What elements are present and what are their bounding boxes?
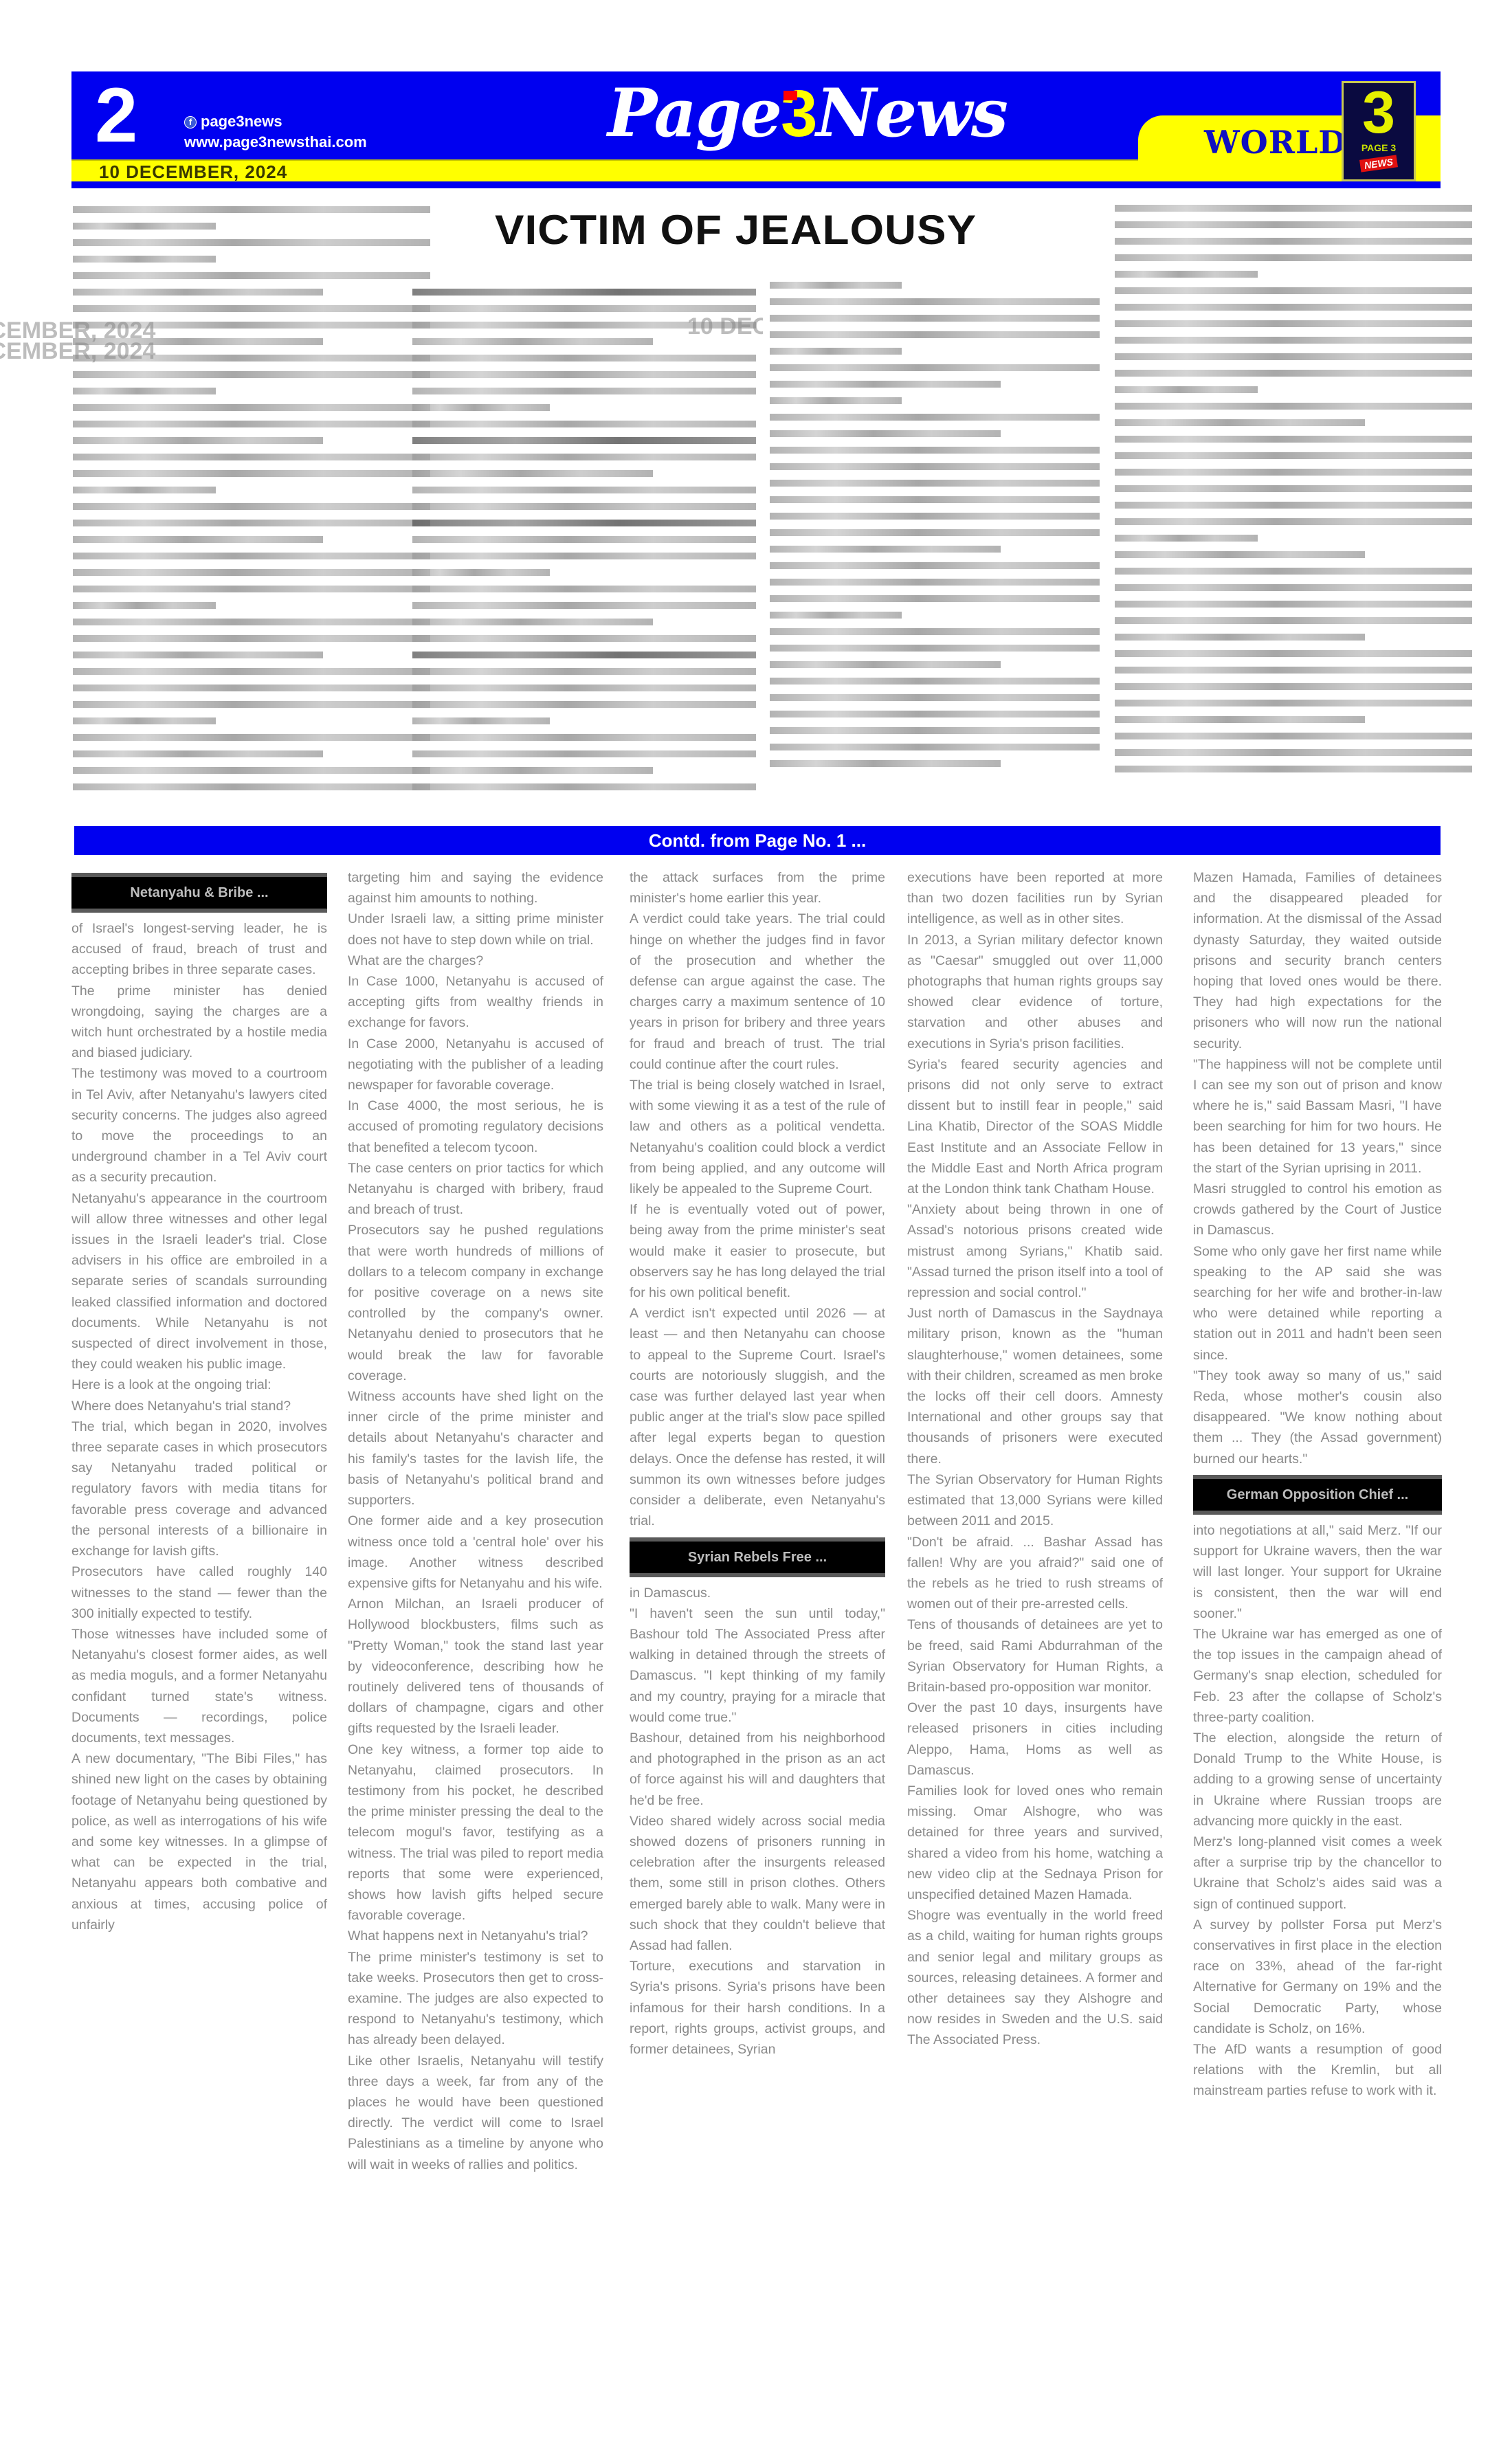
- ghost-date-fragment: 10 DECEMBER, 2024: [687, 313, 763, 340]
- paragraph: "I haven't seen the sun until today," Ba…: [630, 1603, 885, 1728]
- paragraph: Mazen Hamada, Families of detainees and …: [1193, 867, 1442, 1054]
- paragraph: Those witnesses have included some of Ne…: [71, 1624, 327, 1748]
- paragraph: of Israel's longest-serving leader, he i…: [71, 918, 327, 981]
- paragraph: targeting him and saying the evidence ag…: [348, 867, 603, 909]
- paragraph: The election, alongside the return of Do…: [1193, 1728, 1442, 1832]
- subhead: Where does Netanyahu's trial stand?: [71, 1396, 327, 1416]
- paragraph: Over the past 10 days, insurgents have r…: [907, 1698, 1163, 1781]
- paragraph: The prime minister has denied wrongdoing…: [71, 981, 327, 1064]
- social-links: fpage3news www.page3newsthai.com: [184, 111, 367, 153]
- paragraph: Shogre was eventually in the world freed…: [907, 1905, 1163, 2050]
- paragraph: The trial is being closely watched in Is…: [630, 1075, 885, 1199]
- paragraph: Families look for loved ones who remain …: [907, 1781, 1163, 1905]
- facebook-link[interactable]: fpage3news: [184, 111, 367, 132]
- paragraph: Arnon Milchan, an Israeli producer of Ho…: [348, 1594, 603, 1739]
- paragraph: "Don't be afraid. ... Bashar Assad has f…: [907, 1532, 1163, 1615]
- section-head-german-opposition: German Opposition Chief ...: [1193, 1475, 1442, 1515]
- masthead: 2 fpage3news www.page3newsthai.com 10 DE…: [71, 71, 1441, 188]
- upper-column-2-blurred-text: [412, 289, 756, 800]
- paragraph: If he is eventually voted out of power, …: [630, 1199, 885, 1303]
- paragraph: In Case 2000, Netanyahu is accused of ne…: [348, 1034, 603, 1096]
- paragraph: Bashour, detained from his neighborhood …: [630, 1728, 885, 1811]
- section-label: WORLD: [1204, 124, 1346, 161]
- lead-headline: VICTIM OF JEALOUSY: [495, 206, 977, 254]
- paragraph: Torture, executions and starvation in Sy…: [630, 1956, 885, 2060]
- paragraph: A new documentary, "The Bibi Files," has…: [71, 1748, 327, 1935]
- paragraph: The prime minister's testimony is set to…: [348, 1947, 603, 2051]
- paragraph: A survey by pollster Forsa put Merz's co…: [1193, 1915, 1442, 2039]
- paragraph: The Syrian Observatory for Human Rights …: [907, 1469, 1163, 1532]
- paragraph: Prosecutors say he pushed regulations th…: [348, 1220, 603, 1386]
- paragraph: Prosecutors have called roughly 140 witn…: [71, 1561, 327, 1624]
- article-column-5: Mazen Hamada, Families of detainees and …: [1193, 867, 1442, 2102]
- paragraph: executions have been reported at more th…: [907, 867, 1163, 930]
- paragraph: "They took away so many of us," said Red…: [1193, 1366, 1442, 1469]
- subhead: What are the charges?: [348, 950, 603, 971]
- section-head-netanyahu: Netanyahu & Bribe ...: [71, 873, 327, 913]
- paragraph: Syria's feared security agencies and pri…: [907, 1054, 1163, 1199]
- paragraph: Netanyahu's appearance in the courtroom …: [71, 1188, 327, 1375]
- paragraph: In 2013, a Syrian military defector know…: [907, 930, 1163, 1054]
- paragraph: Some who only gave her first name while …: [1193, 1241, 1442, 1366]
- upper-column-1-blurred-text: [73, 206, 430, 800]
- section-head-syrian-rebels: Syrian Rebels Free ...: [630, 1537, 885, 1577]
- paragraph: In Case 4000, the most serious, he is ac…: [348, 1095, 603, 1158]
- paragraph: The trial, which began in 2020, involves…: [71, 1416, 327, 1561]
- issue-date: 10 DECEMBER, 2024: [99, 162, 287, 183]
- paragraph: Tens of thousands of detainees are yet t…: [907, 1614, 1163, 1698]
- upper-column-4-blurred-text: [1115, 205, 1472, 782]
- paragraph: Masri struggled to control his emotion a…: [1193, 1179, 1442, 1241]
- paragraph: A verdict could take years. The trial co…: [630, 909, 885, 1075]
- facebook-icon: f: [184, 116, 197, 129]
- paragraph: the attack surfaces from the prime minis…: [630, 867, 885, 909]
- page-number: 2: [95, 77, 137, 154]
- website-link[interactable]: www.page3newsthai.com: [184, 132, 367, 153]
- paragraph: into negotiations at all," said Merz. "I…: [1193, 1520, 1442, 1624]
- paragraph: A verdict isn't expected until 2026 — at…: [630, 1303, 885, 1531]
- paragraph: The testimony was moved to a courtroom i…: [71, 1063, 327, 1188]
- paragraph: The case centers on prior tactics for wh…: [348, 1158, 603, 1221]
- article-column-1: Netanyahu & Bribe ... of Israel's longes…: [71, 867, 327, 1935]
- paragraph: One former aide and a key prosecution wi…: [348, 1511, 603, 1594]
- paragraph: Here is a look at the ongoing trial:: [71, 1375, 327, 1395]
- page3-badge-logo: 3 PAGE 3 NEWS: [1342, 81, 1416, 181]
- article-column-3: the attack surfaces from the prime minis…: [630, 867, 885, 2060]
- paragraph: The Ukraine war has emerged as one of th…: [1193, 1624, 1442, 1728]
- upper-column-3-blurred-text: [770, 282, 1100, 777]
- page3news-logo: Page3News: [608, 76, 1007, 152]
- news-ribbon: NEWS: [1359, 155, 1398, 172]
- paragraph: Just north of Damascus in the Saydnaya m…: [907, 1303, 1163, 1469]
- paragraph: Like other Israelis, Netanyahu will test…: [348, 2051, 603, 2175]
- paragraph: "The happiness will not be complete unti…: [1193, 1054, 1442, 1179]
- logo-number: 3: [781, 77, 816, 151]
- subhead: What happens next in Netanyahu's trial?: [348, 1926, 603, 1946]
- paragraph: Under Israeli law, a sitting prime minis…: [348, 909, 603, 950]
- article-column-2: targeting him and saying the evidence ag…: [348, 867, 603, 2175]
- paragraph: Merz's long-planned visit comes a week a…: [1193, 1832, 1442, 1915]
- paragraph: in Damascus.: [630, 1583, 885, 1603]
- continuation-bar: Contd. from Page No. 1 ...: [74, 826, 1441, 855]
- paragraph: "Anxiety about being thrown in one of As…: [907, 1199, 1163, 1303]
- paragraph: The AfD wants a resumption of good relat…: [1193, 2039, 1442, 2102]
- article-column-4: executions have been reported at more th…: [907, 867, 1163, 2051]
- ghost-date-fragment: 10 DECEMBER, 2024: [0, 338, 155, 365]
- paragraph: In Case 1000, Netanyahu is accused of ac…: [348, 971, 603, 1034]
- paragraph: Witness accounts have shed light on the …: [348, 1386, 603, 1511]
- paragraph: One key witness, a former top aide to Ne…: [348, 1739, 603, 1926]
- paragraph: Video shared widely across social media …: [630, 1811, 885, 1956]
